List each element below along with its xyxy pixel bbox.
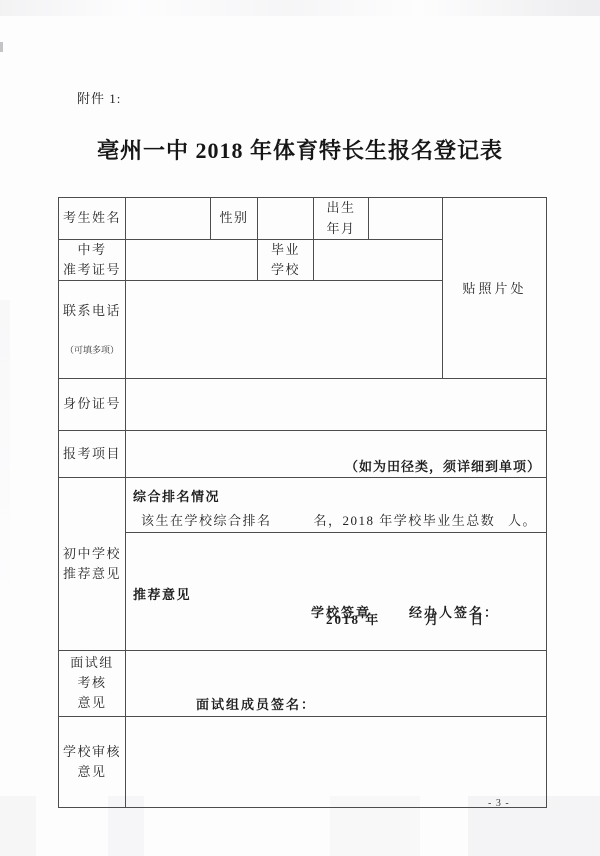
interview-section: 面试组成员签名：: [126, 650, 547, 716]
event-field: （如为田径类，须详细到单项）: [126, 430, 547, 477]
ranking-middle: 名，2018 年学校毕业生总数: [314, 510, 496, 529]
registration-form-table: 考生姓名 性别 出生 年月 贴照片处 中考 准考证号 毕业 学校 联系电话 （可…: [58, 197, 547, 808]
scan-artifact-speck: [0, 42, 3, 52]
grad-school-field: [314, 240, 443, 281]
exam-number-field: [126, 240, 258, 281]
id-number-label: 身份证号: [59, 378, 126, 430]
event-label: 报考项目: [59, 430, 126, 477]
date-line: 2018 年 月 日: [326, 609, 485, 628]
birth-date-field: [369, 198, 443, 240]
scan-artifact-left: [0, 300, 10, 600]
gender-label: 性别: [211, 198, 258, 240]
interview-sign-label: 面试组成员签名：: [196, 694, 316, 713]
phone-field: [126, 281, 443, 379]
birth-date-label: 出生 年月: [314, 198, 369, 240]
page-title: 亳州一中 2018 年体育特长生报名登记表: [0, 134, 600, 165]
gender-field: [258, 198, 314, 240]
school-review-field: [126, 716, 547, 807]
ranking-section: 综合排名情况 该生在学校综合排名 名，2018 年学校毕业生总数 人。: [126, 477, 547, 532]
phone-label-sub: （可填多项）: [59, 344, 125, 358]
scan-artifact-top: [0, 0, 600, 16]
event-note: （如为田径类，须详细到单项）: [345, 456, 541, 475]
recommendation-section: 推荐意见 学校签章经办人签名： 2018 年 月 日: [126, 532, 547, 650]
ranking-prefix: 该生在学校综合排名: [141, 510, 272, 529]
phone-label-main: 联系电话: [59, 301, 125, 321]
attachment-label: 附件 1:: [77, 88, 121, 107]
ranking-line: 该生在学校综合排名 名，2018 年学校毕业生总数 人。: [126, 510, 546, 529]
interview-opinion-label: 面试组 考核 意见: [59, 650, 126, 716]
school-recommendation-label: 初中学校 推荐意见: [59, 477, 126, 650]
ranking-suffix: 人。: [508, 510, 537, 529]
phone-label: 联系电话 （可填多项）: [59, 281, 126, 379]
candidate-name-label: 考生姓名: [59, 198, 126, 240]
page-number: - 3 -: [488, 798, 510, 809]
ranking-title: 综合排名情况: [133, 486, 546, 505]
school-review-label: 学校审核 意见: [59, 716, 126, 807]
candidate-name-field: [126, 198, 211, 240]
grad-school-label: 毕业 学校: [258, 240, 314, 281]
exam-number-label: 中考 准考证号: [59, 240, 126, 281]
id-number-field: [126, 378, 547, 430]
photo-area: 贴照片处: [443, 198, 547, 379]
